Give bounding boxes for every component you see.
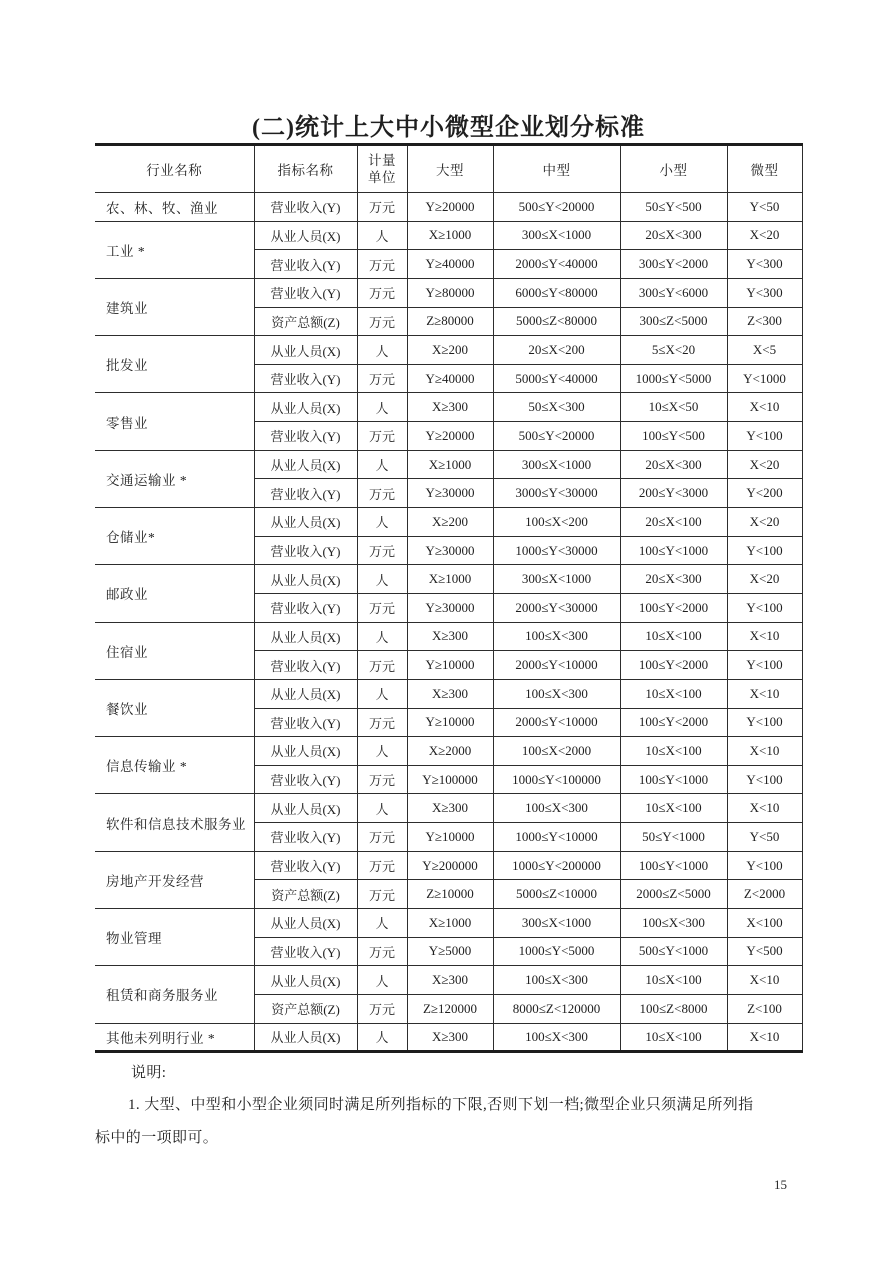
industry-name-cell: 软件和信息技术服务业 [95, 794, 254, 851]
small-range-cell: 10≤X<100 [620, 794, 727, 823]
unit-cell: 人 [357, 966, 407, 995]
large-range-cell: X≥2000 [407, 737, 493, 766]
medium-range-cell: 6000≤Y<80000 [493, 278, 620, 307]
large-range-cell: Y≥200000 [407, 851, 493, 880]
medium-range-cell: 100≤X<300 [493, 966, 620, 995]
medium-range-cell: 100≤X<200 [493, 508, 620, 537]
indicator-name-cell: 从业人员(X) [254, 450, 357, 479]
table-row: 软件和信息技术服务业从业人员(X)人X≥300100≤X<30010≤X<100… [95, 794, 802, 823]
indicator-name-cell: 营业收入(Y) [254, 937, 357, 966]
header-small: 小型 [620, 145, 727, 193]
small-range-cell: 10≤X<100 [620, 737, 727, 766]
industry-name-cell: 批发业 [95, 336, 254, 393]
indicator-name-cell: 从业人员(X) [254, 966, 357, 995]
indicator-name-cell: 从业人员(X) [254, 1023, 357, 1052]
unit-cell: 万元 [357, 708, 407, 737]
unit-cell: 万元 [357, 593, 407, 622]
table-row: 仓储业*从业人员(X)人X≥200100≤X<20020≤X<100X<20 [95, 508, 802, 537]
medium-range-cell: 2000≤Y<40000 [493, 250, 620, 279]
industry-name-cell: 物业管理 [95, 909, 254, 966]
notes-section: 说明: 1. 大型、中型和小型企业须同时满足所列指标的下限,否则下划一档;微型企… [95, 1062, 807, 1150]
micro-range-cell: X<10 [727, 794, 802, 823]
micro-range-cell: X<10 [727, 966, 802, 995]
note-line-1: 1. 大型、中型和小型企业须同时满足所列指标的下限,否则下划一档;微型企业只须满… [95, 1093, 807, 1117]
large-range-cell: X≥300 [407, 794, 493, 823]
medium-range-cell: 500≤Y<20000 [493, 193, 620, 222]
small-range-cell: 100≤Y<1000 [620, 851, 727, 880]
medium-range-cell: 100≤X<300 [493, 679, 620, 708]
unit-cell: 万元 [357, 851, 407, 880]
medium-range-cell: 300≤X<1000 [493, 450, 620, 479]
micro-range-cell: X<20 [727, 508, 802, 537]
unit-cell: 人 [357, 794, 407, 823]
medium-range-cell: 1000≤Y<100000 [493, 765, 620, 794]
small-range-cell: 1000≤Y<5000 [620, 364, 727, 393]
unit-cell: 万元 [357, 937, 407, 966]
unit-cell: 万元 [357, 765, 407, 794]
large-range-cell: X≥200 [407, 508, 493, 537]
unit-cell: 万元 [357, 880, 407, 909]
table-row: 住宿业从业人员(X)人X≥300100≤X<30010≤X<100X<10 [95, 622, 802, 651]
unit-cell: 万元 [357, 479, 407, 508]
micro-range-cell: X<20 [727, 450, 802, 479]
medium-range-cell: 100≤X<2000 [493, 737, 620, 766]
indicator-name-cell: 从业人员(X) [254, 508, 357, 537]
medium-range-cell: 1000≤Y<30000 [493, 536, 620, 565]
industry-name-cell: 零售业 [95, 393, 254, 450]
table-row: 信息传输业 *从业人员(X)人X≥2000100≤X<200010≤X<100X… [95, 737, 802, 766]
unit-cell: 万元 [357, 994, 407, 1023]
micro-range-cell: X<20 [727, 221, 802, 250]
unit-cell: 人 [357, 1023, 407, 1052]
micro-range-cell: X<10 [727, 737, 802, 766]
small-range-cell: 20≤X<300 [620, 565, 727, 594]
small-range-cell: 100≤Z<8000 [620, 994, 727, 1023]
large-range-cell: Z≥120000 [407, 994, 493, 1023]
header-industry-name: 行业名称 [95, 145, 254, 193]
indicator-name-cell: 营业收入(Y) [254, 422, 357, 451]
indicator-name-cell: 资产总额(Z) [254, 880, 357, 909]
small-range-cell: 300≤Y<2000 [620, 250, 727, 279]
medium-range-cell: 8000≤Z<120000 [493, 994, 620, 1023]
medium-range-cell: 500≤Y<20000 [493, 422, 620, 451]
unit-cell: 人 [357, 622, 407, 651]
indicator-name-cell: 营业收入(Y) [254, 765, 357, 794]
medium-range-cell: 2000≤Y<30000 [493, 593, 620, 622]
industry-name-cell: 住宿业 [95, 622, 254, 679]
small-range-cell: 20≤X<300 [620, 221, 727, 250]
industry-name-cell: 交通运输业 * [95, 450, 254, 507]
page-title: (二)统计上大中小微型企业划分标准 [95, 107, 802, 142]
large-range-cell: X≥1000 [407, 909, 493, 938]
small-range-cell: 300≤Y<6000 [620, 278, 727, 307]
medium-range-cell: 1000≤Y<200000 [493, 851, 620, 880]
micro-range-cell: X<5 [727, 336, 802, 365]
medium-range-cell: 20≤X<200 [493, 336, 620, 365]
large-range-cell: Z≥80000 [407, 307, 493, 336]
large-range-cell: X≥300 [407, 966, 493, 995]
industry-name-cell: 工业 * [95, 221, 254, 278]
indicator-name-cell: 营业收入(Y) [254, 823, 357, 852]
table-header-row: 行业名称 指标名称 计量 单位 大型 中型 小型 微型 [95, 145, 802, 193]
large-range-cell: X≥1000 [407, 221, 493, 250]
large-range-cell: Y≥40000 [407, 250, 493, 279]
large-range-cell: Y≥80000 [407, 278, 493, 307]
large-range-cell: Y≥30000 [407, 536, 493, 565]
industry-name-cell: 邮政业 [95, 565, 254, 622]
large-range-cell: Y≥20000 [407, 193, 493, 222]
industry-name-cell: 信息传输业 * [95, 737, 254, 794]
indicator-name-cell: 从业人员(X) [254, 221, 357, 250]
micro-range-cell: Z<300 [727, 307, 802, 336]
table-row: 零售业从业人员(X)人X≥30050≤X<30010≤X<50X<10 [95, 393, 802, 422]
unit-cell: 人 [357, 393, 407, 422]
large-range-cell: X≥300 [407, 1023, 493, 1052]
micro-range-cell: Y<100 [727, 593, 802, 622]
indicator-name-cell: 营业收入(Y) [254, 193, 357, 222]
page-number: 15 [774, 1177, 787, 1193]
indicator-name-cell: 营业收入(Y) [254, 651, 357, 680]
medium-range-cell: 5000≤Z<10000 [493, 880, 620, 909]
large-range-cell: X≥300 [407, 393, 493, 422]
small-range-cell: 100≤Y<500 [620, 422, 727, 451]
medium-range-cell: 2000≤Y<10000 [493, 708, 620, 737]
table-row: 交通运输业 *从业人员(X)人X≥1000300≤X<100020≤X<300X… [95, 450, 802, 479]
unit-cell: 人 [357, 737, 407, 766]
large-range-cell: X≥200 [407, 336, 493, 365]
industry-name-cell: 建筑业 [95, 278, 254, 335]
medium-range-cell: 100≤X<300 [493, 622, 620, 651]
unit-cell: 万元 [357, 823, 407, 852]
large-range-cell: X≥1000 [407, 450, 493, 479]
micro-range-cell: Y<300 [727, 250, 802, 279]
small-range-cell: 10≤X<100 [620, 1023, 727, 1052]
micro-range-cell: Y<500 [727, 937, 802, 966]
micro-range-cell: Z<2000 [727, 880, 802, 909]
large-range-cell: Y≥30000 [407, 593, 493, 622]
indicator-name-cell: 营业收入(Y) [254, 278, 357, 307]
indicator-name-cell: 从业人员(X) [254, 622, 357, 651]
micro-range-cell: Y<200 [727, 479, 802, 508]
industry-name-cell: 租赁和商务服务业 [95, 966, 254, 1023]
large-range-cell: X≥300 [407, 622, 493, 651]
medium-range-cell: 5000≤Z<80000 [493, 307, 620, 336]
indicator-name-cell: 从业人员(X) [254, 565, 357, 594]
small-range-cell: 10≤X<100 [620, 966, 727, 995]
unit-cell: 万元 [357, 536, 407, 565]
industry-name-cell: 房地产开发经营 [95, 851, 254, 908]
header-unit: 计量 单位 [357, 145, 407, 193]
indicator-name-cell: 从业人员(X) [254, 909, 357, 938]
industry-name-cell: 仓储业* [95, 508, 254, 565]
medium-range-cell: 100≤X<300 [493, 794, 620, 823]
large-range-cell: Y≥10000 [407, 651, 493, 680]
micro-range-cell: Y<1000 [727, 364, 802, 393]
header-medium: 中型 [493, 145, 620, 193]
table-row: 租赁和商务服务业从业人员(X)人X≥300100≤X<30010≤X<100X<… [95, 966, 802, 995]
indicator-name-cell: 从业人员(X) [254, 737, 357, 766]
medium-range-cell: 1000≤Y<5000 [493, 937, 620, 966]
indicator-name-cell: 从业人员(X) [254, 679, 357, 708]
header-indicator-name: 指标名称 [254, 145, 357, 193]
unit-cell: 万元 [357, 364, 407, 393]
unit-cell: 万元 [357, 307, 407, 336]
large-range-cell: Y≥30000 [407, 479, 493, 508]
table-row: 房地产开发经营营业收入(Y)万元Y≥2000001000≤Y<200000100… [95, 851, 802, 880]
indicator-name-cell: 营业收入(Y) [254, 593, 357, 622]
indicator-name-cell: 营业收入(Y) [254, 479, 357, 508]
micro-range-cell: X<100 [727, 909, 802, 938]
large-range-cell: Y≥10000 [407, 823, 493, 852]
small-range-cell: 50≤Y<500 [620, 193, 727, 222]
small-range-cell: 50≤Y<1000 [620, 823, 727, 852]
micro-range-cell: Y<300 [727, 278, 802, 307]
large-range-cell: Y≥20000 [407, 422, 493, 451]
micro-range-cell: Y<50 [727, 193, 802, 222]
indicator-name-cell: 营业收入(Y) [254, 250, 357, 279]
medium-range-cell: 1000≤Y<10000 [493, 823, 620, 852]
small-range-cell: 100≤Y<2000 [620, 708, 727, 737]
unit-cell: 人 [357, 565, 407, 594]
micro-range-cell: X<10 [727, 622, 802, 651]
indicator-name-cell: 营业收入(Y) [254, 364, 357, 393]
table-row: 工业 *从业人员(X)人X≥1000300≤X<100020≤X<300X<20 [95, 221, 802, 250]
small-range-cell: 2000≤Z<5000 [620, 880, 727, 909]
small-range-cell: 300≤Z<5000 [620, 307, 727, 336]
table-row: 物业管理从业人员(X)人X≥1000300≤X<1000100≤X<300X<1… [95, 909, 802, 938]
header-large: 大型 [407, 145, 493, 193]
enterprise-classification-table: 行业名称 指标名称 计量 单位 大型 中型 小型 微型 农、林、牧、渔业营业收入… [95, 143, 803, 1053]
micro-range-cell: Y<100 [727, 851, 802, 880]
indicator-name-cell: 营业收入(Y) [254, 536, 357, 565]
medium-range-cell: 3000≤Y<30000 [493, 479, 620, 508]
unit-cell: 万元 [357, 422, 407, 451]
medium-range-cell: 2000≤Y<10000 [493, 651, 620, 680]
header-micro: 微型 [727, 145, 802, 193]
micro-range-cell: Y<100 [727, 536, 802, 565]
large-range-cell: Y≥40000 [407, 364, 493, 393]
indicator-name-cell: 从业人员(X) [254, 336, 357, 365]
medium-range-cell: 300≤X<1000 [493, 565, 620, 594]
unit-cell: 人 [357, 450, 407, 479]
small-range-cell: 10≤X<100 [620, 622, 727, 651]
large-range-cell: X≥300 [407, 679, 493, 708]
unit-cell: 万元 [357, 250, 407, 279]
unit-cell: 人 [357, 221, 407, 250]
micro-range-cell: Y<100 [727, 765, 802, 794]
note-line-2: 标中的一项即可。 [95, 1126, 807, 1150]
micro-range-cell: Y<100 [727, 651, 802, 680]
notes-label: 说明: [95, 1062, 807, 1084]
medium-range-cell: 300≤X<1000 [493, 909, 620, 938]
medium-range-cell: 50≤X<300 [493, 393, 620, 422]
small-range-cell: 20≤X<300 [620, 450, 727, 479]
large-range-cell: X≥1000 [407, 565, 493, 594]
small-range-cell: 100≤Y<2000 [620, 593, 727, 622]
unit-cell: 人 [357, 508, 407, 537]
table-row: 其他未列明行业 *从业人员(X)人X≥300100≤X<30010≤X<100X… [95, 1023, 802, 1052]
small-range-cell: 500≤Y<1000 [620, 937, 727, 966]
micro-range-cell: X<10 [727, 679, 802, 708]
indicator-name-cell: 营业收入(Y) [254, 851, 357, 880]
micro-range-cell: Y<100 [727, 422, 802, 451]
industry-name-cell: 餐饮业 [95, 679, 254, 736]
indicator-name-cell: 从业人员(X) [254, 794, 357, 823]
unit-cell: 万元 [357, 193, 407, 222]
medium-range-cell: 100≤X<300 [493, 1023, 620, 1052]
table-row: 建筑业营业收入(Y)万元Y≥800006000≤Y<80000300≤Y<600… [95, 278, 802, 307]
unit-cell: 万元 [357, 651, 407, 680]
small-range-cell: 100≤Y<2000 [620, 651, 727, 680]
small-range-cell: 5≤X<20 [620, 336, 727, 365]
table-row: 餐饮业从业人员(X)人X≥300100≤X<30010≤X<100X<10 [95, 679, 802, 708]
indicator-name-cell: 资产总额(Z) [254, 994, 357, 1023]
large-range-cell: Y≥100000 [407, 765, 493, 794]
industry-name-cell: 其他未列明行业 * [95, 1023, 254, 1052]
micro-range-cell: X<10 [727, 393, 802, 422]
small-range-cell: 10≤X<50 [620, 393, 727, 422]
large-range-cell: Y≥5000 [407, 937, 493, 966]
medium-range-cell: 5000≤Y<40000 [493, 364, 620, 393]
micro-range-cell: Y<50 [727, 823, 802, 852]
small-range-cell: 200≤Y<3000 [620, 479, 727, 508]
micro-range-cell: Y<100 [727, 708, 802, 737]
micro-range-cell: X<20 [727, 565, 802, 594]
unit-cell: 万元 [357, 278, 407, 307]
micro-range-cell: X<10 [727, 1023, 802, 1052]
micro-range-cell: Z<100 [727, 994, 802, 1023]
large-range-cell: Y≥10000 [407, 708, 493, 737]
indicator-name-cell: 营业收入(Y) [254, 708, 357, 737]
small-range-cell: 20≤X<100 [620, 508, 727, 537]
medium-range-cell: 300≤X<1000 [493, 221, 620, 250]
small-range-cell: 100≤Y<1000 [620, 765, 727, 794]
table-row: 邮政业从业人员(X)人X≥1000300≤X<100020≤X<300X<20 [95, 565, 802, 594]
table-row: 批发业从业人员(X)人X≥20020≤X<2005≤X<20X<5 [95, 336, 802, 365]
unit-cell: 人 [357, 679, 407, 708]
industry-name-cell: 农、林、牧、渔业 [95, 193, 254, 222]
table-row: 农、林、牧、渔业营业收入(Y)万元Y≥20000500≤Y<2000050≤Y<… [95, 193, 802, 222]
unit-cell: 人 [357, 909, 407, 938]
unit-cell: 人 [357, 336, 407, 365]
small-range-cell: 100≤X<300 [620, 909, 727, 938]
indicator-name-cell: 资产总额(Z) [254, 307, 357, 336]
large-range-cell: Z≥10000 [407, 880, 493, 909]
small-range-cell: 10≤X<100 [620, 679, 727, 708]
indicator-name-cell: 从业人员(X) [254, 393, 357, 422]
small-range-cell: 100≤Y<1000 [620, 536, 727, 565]
